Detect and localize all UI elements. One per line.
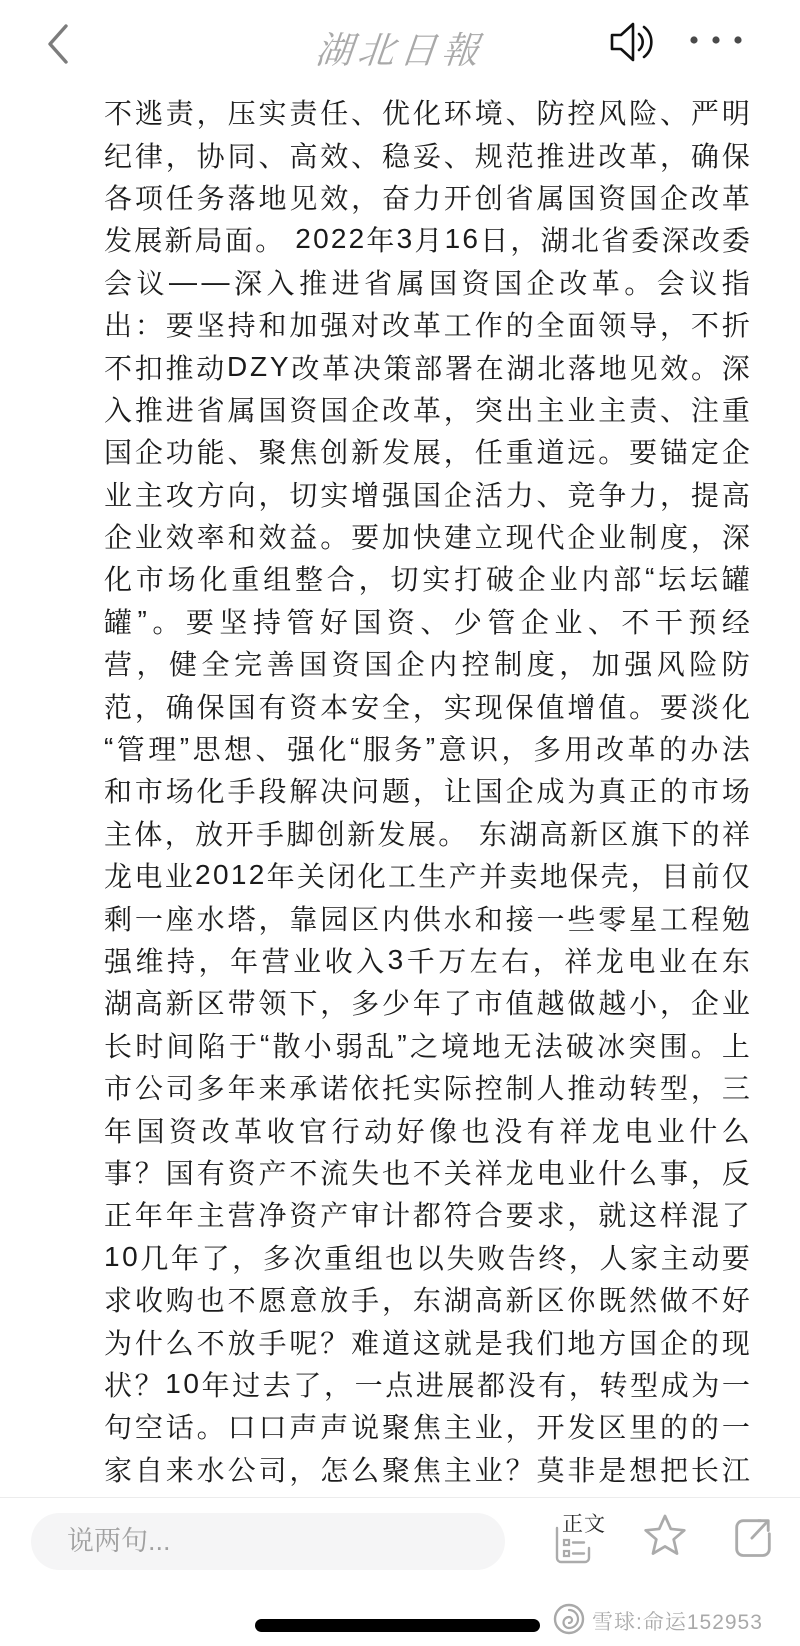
speaker-icon — [602, 57, 660, 74]
article-line: 正年年主营净资产审计都符合要求，就这样混了 — [104, 1193, 750, 1235]
jump-to-body-label: 正文 — [561, 1508, 607, 1538]
article-line: 强维持，年营业收入3千万左右，祥龙电业在东 — [104, 939, 750, 981]
star-icon — [639, 1551, 691, 1566]
article-line: 发展新局面。 2022年3月16日，湖北省委深改委 — [104, 218, 750, 260]
ellipsis-icon — [686, 32, 748, 53]
article-line: 剩一座水塔，靠园区内供水和接一些零星工程勉 — [104, 896, 750, 938]
article-line: 湖高新区带领下，多少年了市值越做越小，企业 — [104, 981, 750, 1023]
article-line: 纪律，协同、高效、稳妥、规范推进改革，确保 — [104, 133, 750, 175]
bottom-action-bar: 正文 — [0, 1497, 800, 1585]
article-line: 各项任务落地见效，奋力开创省属国资国企改革 — [104, 176, 750, 218]
article-line: 罐”。要坚持管好国资、少管企业、不干预经 — [104, 600, 750, 642]
article-line: 10几年了，多次重组也以失败告终，人家主动要 — [104, 1236, 750, 1278]
article-line: 范，确保国有资本安全，实现保值增值。要淡化 — [104, 684, 750, 726]
article-line: 句空话。口口声声说聚焦主业，开发区里的的一 — [104, 1405, 750, 1447]
watermark-text: 雪球:命运152953 — [592, 1606, 763, 1636]
header: 湖北日報 — [0, 0, 800, 86]
article-line: 市公司多年来承诺依托实际控制人推动转型，三 — [104, 1066, 750, 1108]
article-text: 不逃责，压实责任、优化环境、防控风险、严明纪律，协同、高效、稳妥、规范推进改革，… — [104, 91, 750, 1490]
article-line: 企业效率和效益。要加快建立现代企业制度，深 — [104, 515, 750, 557]
article-line: 长时间陷于“散小弱乱”之境地无法破冰突围。上 — [104, 1024, 750, 1066]
article-line: 事？国有资产不流失也不关祥龙电业什么事，反 — [104, 1151, 750, 1193]
article-screen: 湖北日報 不逃责，压实责任、优化环境、防控风险、严明纪律，协同、高效、稳妥、规范… — [0, 0, 800, 1646]
share-icon — [728, 1550, 778, 1565]
article-line: 状？10年过去了，一点进展都没有，转型成为一 — [104, 1363, 750, 1405]
publication-masthead: 湖北日報 — [0, 20, 800, 74]
article-line: 和市场化手段解决问题，让国企成为真正的市场 — [104, 769, 750, 811]
article-line: 年国资改革收官行动好像也没有祥龙电业什么 — [104, 1108, 750, 1150]
favorite-button[interactable] — [637, 1506, 693, 1570]
watermark: 雪球:命运152953 — [552, 1601, 763, 1641]
snowball-logo-icon — [552, 1602, 586, 1641]
article-line: 营，健全完善国资国企内控制度，加强风险防 — [104, 642, 750, 684]
more-options-button[interactable] — [684, 14, 750, 70]
article-line: 出：要坚持和加强对改革工作的全面领导，不折 — [104, 303, 750, 345]
jump-to-body-button[interactable]: 正文 — [549, 1506, 605, 1570]
article-line: 国企功能、聚焦创新发展，任重道远。要锚定企 — [104, 430, 750, 472]
article-line: 入推进省属国资国企改革，突出主业主责、注重 — [104, 388, 750, 430]
article-line: “管理”思想、强化“服务”意识，多用改革的办法 — [104, 727, 750, 769]
article-line: 化市场化重组整合，切实打破企业内部“坛坛罐 — [104, 557, 750, 599]
read-aloud-button[interactable] — [602, 14, 660, 70]
share-button[interactable] — [725, 1506, 781, 1570]
article-line: 会议——深入推进省属国资国企改革。会议指 — [104, 261, 750, 303]
article-line: 主体，放开手脚创新发展。 东湖高新区旗下的祥 — [104, 812, 750, 854]
article-line: 不逃责，压实责任、优化环境、防控风险、严明 — [104, 91, 750, 133]
home-indicator[interactable] — [255, 1619, 540, 1632]
article-line: 龙电业2012年关闭化工生产并卖地保壳，目前仅 — [104, 854, 750, 896]
article-line: 业主攻方向，切实增强国企活力、竞争力，提高 — [104, 473, 750, 515]
article-line: 为什么不放手呢？难道这就是我们地方国企的现 — [104, 1320, 750, 1362]
article-line: 不扣推动DZY改革决策部署在湖北落地见效。深 — [104, 345, 750, 387]
comment-input[interactable] — [31, 1513, 505, 1570]
article-line: 求收购也不愿意放手，东湖高新区你既然做不好 — [104, 1278, 750, 1320]
article-line: 家自来水公司，怎么聚焦主业？莫非是想把长江 — [104, 1448, 750, 1490]
